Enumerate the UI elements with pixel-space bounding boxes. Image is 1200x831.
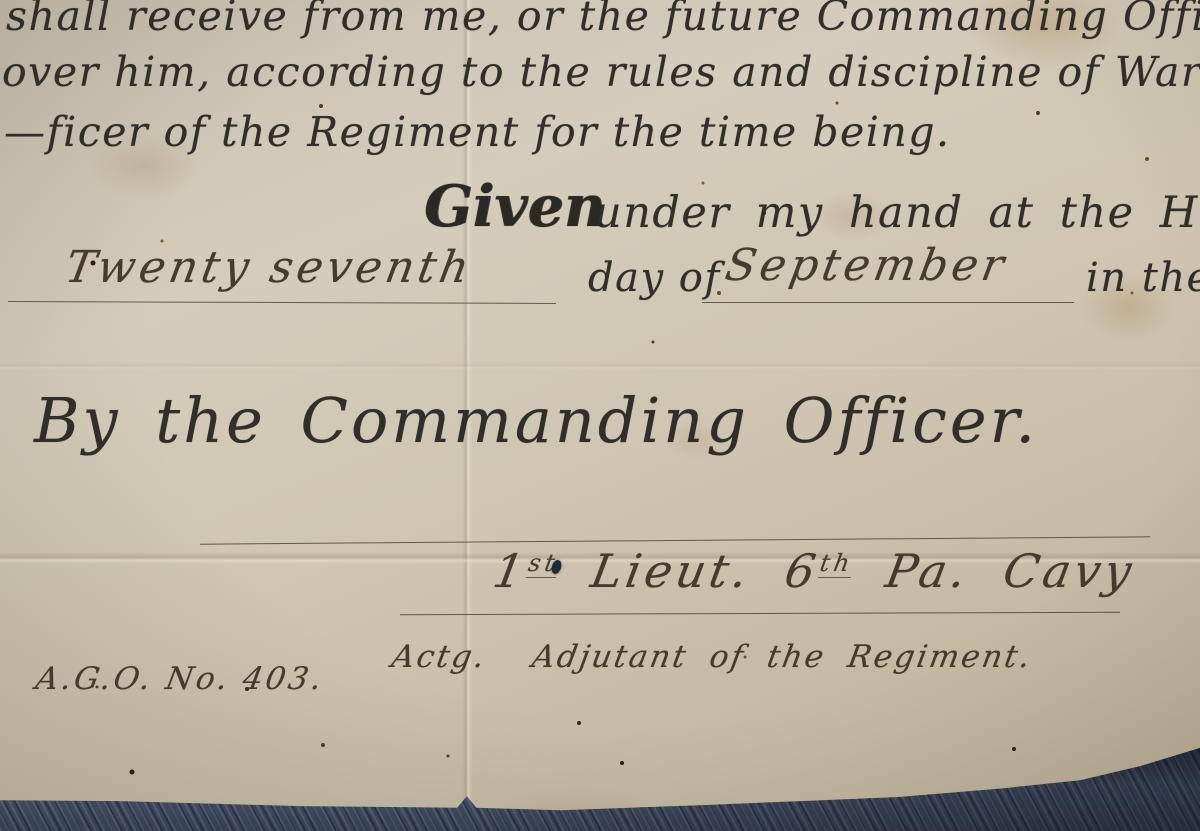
signature-part: 1: [489, 544, 532, 598]
signature-part: Pa. Cavy: [847, 544, 1139, 598]
body-line-1: shall receive from me, or the future Com…: [6, 0, 1200, 37]
month-underline: [702, 302, 1074, 303]
signature-superscript: th: [818, 549, 856, 578]
adjutant-rest: Adjutant of the Regiment.: [529, 639, 1035, 675]
photograph: shall receive from me, or the future Com…: [0, 0, 1200, 831]
signature-part: Lieut. 6: [552, 544, 823, 598]
given-ornate-word: Given: [424, 178, 605, 235]
signature-rank-line: 1st Lieut. 6th Pa. Cavy: [490, 548, 1139, 594]
given-continuation: under my hand at the Hea: [594, 192, 1200, 235]
body-line-3: —ficer of the Regiment for the time bein…: [4, 112, 951, 153]
handwritten-month: September: [722, 244, 1011, 288]
rank-underline: [400, 612, 1120, 616]
in-the-label: in the: [1086, 258, 1200, 298]
foxing-spots: [0, 0, 2, 2]
ago-reference: A.G.O. No. 403.: [33, 664, 327, 695]
adjutant-line: Actg.Adjutant of the Regiment.: [389, 642, 1034, 673]
paper-document: shall receive from me, or the future Com…: [0, 0, 1200, 831]
day-of-label: day of: [588, 258, 721, 298]
body-line-2: over him, according to the rules and dis…: [2, 52, 1200, 93]
adjutant-prefix: Actg.: [389, 639, 490, 675]
day-underline: [8, 301, 556, 304]
by-commanding-officer-line: By the Commanding Officer.: [34, 390, 1038, 452]
handwritten-day: Twenty seventh: [62, 246, 476, 290]
fold-crease-horizontal-faint: [0, 362, 1200, 370]
